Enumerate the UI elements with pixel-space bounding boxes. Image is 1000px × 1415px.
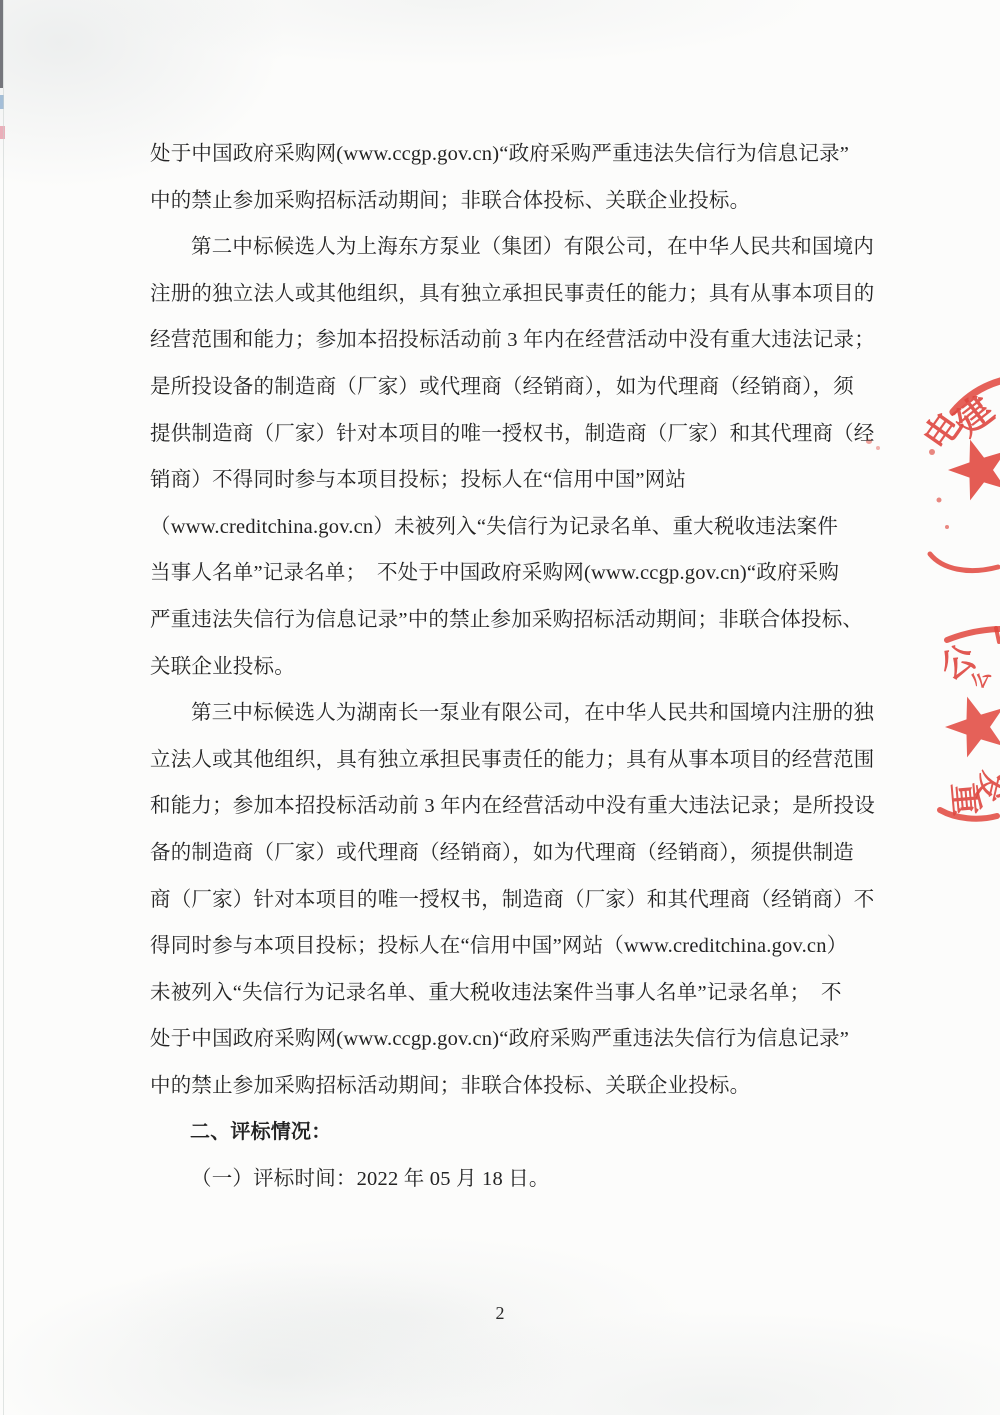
seal-arc-top: [947, 629, 1000, 640]
text-line: 严重违法失信行为信息记录”中的禁止参加采购招标活动期间；非联合体投标、: [150, 597, 862, 644]
star-icon: [945, 697, 1000, 758]
text-line: 未被列入“失信行为记录名单、重大税收违法案件当事人名单”记录名单； 不: [150, 970, 862, 1017]
text-line: 经营范围和能力；参加本招投标活动前 3 年内在经营活动中没有重大违法记录；: [150, 317, 862, 364]
seal-arc-bottom: [930, 554, 998, 571]
star-icon: [948, 440, 1000, 501]
official-seals-overlay: 电 建 公 么 重 发: [920, 370, 1000, 840]
text-line: （www.creditchina.gov.cn）未被列入“失信行为记录名单、重大…: [150, 504, 862, 551]
seal-ink-dot: [929, 449, 935, 455]
text-line: 商（厂家）针对本项目的唯一授权书，制造商（厂家）和其代理商（经销商）不: [150, 877, 862, 924]
text-line: 是所投设备的制造商（厂家）或代理商（经销商），如为代理商（经销商），须: [150, 364, 862, 411]
red-seal-stamp-bottom: 公 么 重 发: [934, 628, 1000, 819]
document-body: 处于中国政府采购网(www.ccgp.gov.cn)“政府采购严重违法失信行为信…: [150, 131, 862, 1203]
text-line: 立法人或其他组织，具有独立承担民事责任的能力；具有从事本项目的经营范围: [150, 737, 862, 784]
section-heading: 二、评标情况：: [150, 1109, 862, 1156]
text-line: 第三中标候选人为湖南长一泵业有限公司，在中华人民共和国境内注册的独: [150, 690, 862, 737]
page-number: 2: [0, 1303, 1000, 1324]
text-line: 处于中国政府采购网(www.ccgp.gov.cn)“政府采购严重违法失信行为信…: [150, 1016, 862, 1063]
text-line: 和能力；参加本招投标活动前 3 年内在经营活动中没有重大违法记录；是所投设: [150, 783, 862, 830]
text-line: 中的禁止参加采购招标活动期间；非联合体投标、关联企业投标。: [150, 1063, 862, 1110]
scan-artifact-edge-line: [3, 0, 4, 1415]
text-line: 处于中国政府采购网(www.ccgp.gov.cn)“政府采购严重违法失信行为信…: [150, 131, 862, 178]
text-line: 销商）不得同时参与本项目投标；投标人在“信用中国”网站: [150, 457, 862, 504]
text-line: 注册的独立法人或其他组织，具有独立承担民事责任的能力；具有从事本项目的: [150, 271, 862, 318]
text-line: 备的制造商（厂家）或代理商（经销商），如为代理商（经销商），须提供制造: [150, 830, 862, 877]
scan-artifact-ink-dot: [876, 446, 880, 450]
text-line: 第二中标候选人为上海东方泵业（集团）有限公司，在中华人民共和国境内: [150, 224, 862, 271]
text-line: 得同时参与本项目投标；投标人在“信用中国”网站（www.creditchina.…: [150, 923, 862, 970]
scanned-document-page: 处于中国政府采购网(www.ccgp.gov.cn)“政府采购严重违法失信行为信…: [0, 0, 1000, 1415]
text-line: 中的禁止参加采购招标活动期间；非联合体投标、关联企业投标。: [150, 178, 862, 225]
seal-ink-dot: [937, 498, 942, 503]
text-line: 关联企业投标。: [150, 644, 862, 691]
red-seal-stamp-top: 电 建: [920, 380, 1000, 570]
text-line: （一）评标时间：2022 年 05 月 18 日。: [150, 1156, 862, 1203]
text-line: 提供制造商（厂家）针对本项目的唯一授权书，制造商（厂家）和其代理商（经: [150, 411, 862, 458]
seal-ink-dot: [945, 525, 949, 529]
text-line: 当事人名单”记录名单； 不处于中国政府采购网(www.ccgp.gov.cn)“…: [150, 550, 862, 597]
